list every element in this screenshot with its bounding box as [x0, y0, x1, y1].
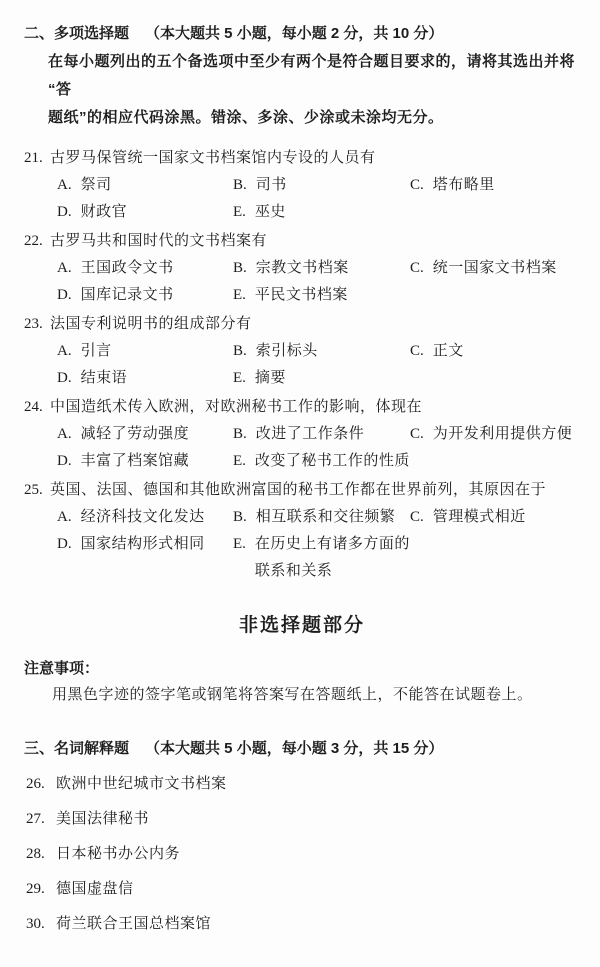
option-e: E.平民文书档案: [233, 282, 410, 309]
option-text: 统一国家文书档案: [433, 255, 557, 282]
option-text: 塔布略里: [433, 172, 495, 199]
term-item-28: 28. 日本秘书办公内务: [24, 841, 580, 868]
option-d: D.国库记录文书: [57, 282, 233, 309]
option-text: 结束语: [81, 365, 128, 392]
question-text: 英国、法国、德国和其他欧洲富国的秘书工作都在世界前列，其原因在于: [50, 477, 580, 504]
option-text: 国家结构形式相同: [81, 531, 205, 585]
option-row: A.经济科技文化发达 B.相互联系和交往频繁 C.管理模式相近: [24, 504, 580, 531]
section2-header: 二、多项选择题 （本大题共 5 小题，每小题 2 分，共 10 分）: [24, 20, 580, 48]
term-text: 荷兰联合王国总档案馆: [56, 911, 211, 938]
option-label: A.: [57, 255, 72, 282]
term-text: 德国虚盘信: [56, 876, 134, 903]
option-label: C.: [410, 338, 424, 365]
exam-page: 二、多项选择题 （本大题共 5 小题，每小题 2 分，共 10 分） 在每小题列…: [0, 0, 600, 967]
option-text: 丰富了档案馆藏: [81, 448, 190, 475]
question-21: 21. 古罗马保管统一国家文书档案馆内专设的人员有 A.祭司 B.司书 C.塔布…: [24, 145, 580, 226]
option-label: A.: [57, 172, 72, 199]
term-item-27: 27. 美国法律秘书: [24, 806, 580, 833]
section3-header: 三、名词解释题 （本大题共 5 小题，每小题 3 分，共 15 分）: [24, 735, 580, 763]
option-d: D.丰富了档案馆藏: [57, 448, 233, 475]
option-text: 减轻了劳动强度: [81, 421, 190, 448]
option-e: E.摘要: [233, 365, 410, 392]
option-text: 为开发利用提供方便: [433, 421, 573, 448]
section2-meta: （本大题共 5 小题，每小题 2 分，共 10 分）: [145, 20, 443, 48]
option-text: 引言: [81, 338, 112, 365]
question-number: 25.: [24, 477, 50, 504]
option-a: A.经济科技文化发达: [57, 504, 233, 531]
option-row: D.国家结构形式相同 E.在历史上有诸多方面的联系和关系: [24, 531, 580, 585]
question-23: 23. 法国专利说明书的组成部分有 A.引言 B.索引标头 C.正文 D.结束语…: [24, 311, 580, 392]
term-number: 29.: [26, 876, 56, 903]
option-text: 索引标头: [256, 338, 318, 365]
option-row: D.丰富了档案馆藏 E.改变了秘书工作的性质: [24, 448, 580, 475]
option-label: D.: [57, 365, 72, 392]
section2-instruction-line1: 在每小题列出的五个备选项中至少有两个是符合题目要求的，请将其选出并将“答: [48, 48, 580, 104]
option-text: 宗教文书档案: [256, 255, 349, 282]
option-a: A.减轻了劳动强度: [57, 421, 233, 448]
option-d: D.国家结构形式相同: [57, 531, 233, 585]
option-label: B.: [233, 338, 247, 365]
option-text: 改进了工作条件: [256, 421, 365, 448]
term-text: 欧洲中世纪城市文书档案: [56, 771, 227, 798]
term-number: 26.: [26, 771, 56, 798]
option-b: B.司书: [233, 172, 410, 199]
option-label: E.: [233, 448, 246, 475]
term-item-26: 26. 欧洲中世纪城市文书档案: [24, 771, 580, 798]
option-label: E.: [233, 531, 246, 585]
option-row: A.祭司 B.司书 C.塔布略里: [24, 172, 580, 199]
option-label: E.: [233, 365, 246, 392]
option-text: 经济科技文化发达: [81, 504, 205, 531]
option-label: C.: [410, 421, 424, 448]
question-22: 22. 古罗马共和国时代的文书档案有 A.王国政令文书 B.宗教文书档案 C.统…: [24, 228, 580, 309]
option-label: D.: [57, 448, 72, 475]
option-label: D.: [57, 282, 72, 309]
option-row: A.王国政令文书 B.宗教文书档案 C.统一国家文书档案: [24, 255, 580, 282]
option-c: C.统一国家文书档案: [410, 255, 580, 282]
option-text: 平民文书档案: [255, 282, 348, 309]
question-text: 古罗马保管统一国家文书档案馆内专设的人员有: [50, 145, 580, 172]
option-d: D.财政官: [57, 199, 233, 226]
question-number: 23.: [24, 311, 50, 338]
option-label: A.: [57, 421, 72, 448]
option-text: 管理模式相近: [433, 504, 526, 531]
option-text: 在历史上有诸多方面的联系和关系: [255, 531, 410, 585]
option-e: E.改变了秘书工作的性质: [233, 448, 410, 475]
question-text: 中国造纸术传入欧洲，对欧洲秘书工作的影响，体现在: [50, 394, 580, 421]
section2-heading: 二、多项选择题: [24, 20, 129, 48]
option-label: E.: [233, 282, 246, 309]
section3-heading: 三、名词解释题: [24, 735, 129, 763]
term-text: 美国法律秘书: [56, 806, 149, 833]
question-24: 24. 中国造纸术传入欧洲，对欧洲秘书工作的影响，体现在 A.减轻了劳动强度 B…: [24, 394, 580, 475]
section3-meta: （本大题共 5 小题，每小题 3 分，共 15 分）: [145, 735, 443, 763]
question-text: 法国专利说明书的组成部分有: [50, 311, 580, 338]
option-text: 巫史: [255, 199, 286, 226]
question-number: 22.: [24, 228, 50, 255]
option-c: C.正文: [410, 338, 580, 365]
option-a: A.祭司: [57, 172, 233, 199]
option-c: C.管理模式相近: [410, 504, 580, 531]
option-label: C.: [410, 172, 424, 199]
option-label: A.: [57, 338, 72, 365]
option-c: C.为开发利用提供方便: [410, 421, 580, 448]
section2-instruction-line2: 题纸”的相应代码涂黑。错涂、多涂、少涂或未涂均无分。: [48, 104, 580, 132]
option-row: D.国库记录文书 E.平民文书档案: [24, 282, 580, 309]
option-b: B.改进了工作条件: [233, 421, 410, 448]
option-row: D.结束语 E.摘要: [24, 365, 580, 392]
option-text: 正文: [433, 338, 464, 365]
option-text: 改变了秘书工作的性质: [255, 448, 410, 475]
option-a: A.王国政令文书: [57, 255, 233, 282]
term-item-30: 30. 荷兰联合王国总档案馆: [24, 911, 580, 938]
term-text: 日本秘书办公内务: [56, 841, 180, 868]
option-c: C.塔布略里: [410, 172, 580, 199]
option-label: C.: [410, 504, 424, 531]
term-number: 28.: [26, 841, 56, 868]
option-text: 摘要: [255, 365, 286, 392]
option-b: B.宗教文书档案: [233, 255, 410, 282]
term-number: 30.: [26, 911, 56, 938]
option-label: B.: [233, 421, 247, 448]
option-label: D.: [57, 199, 72, 226]
option-label: B.: [233, 504, 247, 531]
option-row: A.减轻了劳动强度 B.改进了工作条件 C.为开发利用提供方便: [24, 421, 580, 448]
question-number: 21.: [24, 145, 50, 172]
notice-text: 用黑色字迹的签字笔或钢笔将答案写在答题纸上，不能答在试题卷上。: [52, 682, 580, 709]
option-label: E.: [233, 199, 246, 226]
option-b: B.相互联系和交往频繁: [233, 504, 410, 531]
option-e: E.巫史: [233, 199, 410, 226]
option-text: 国库记录文书: [81, 282, 174, 309]
notice-heading: 注意事项：: [24, 655, 580, 682]
option-d: D.结束语: [57, 365, 233, 392]
option-label: C.: [410, 255, 424, 282]
option-e: E.在历史上有诸多方面的联系和关系: [233, 531, 410, 585]
question-text: 古罗马共和国时代的文书档案有: [50, 228, 580, 255]
option-b: B.索引标头: [233, 338, 410, 365]
term-number: 27.: [26, 806, 56, 833]
option-label: B.: [233, 172, 247, 199]
option-text: 司书: [256, 172, 287, 199]
option-text: 祭司: [81, 172, 112, 199]
option-label: A.: [57, 504, 72, 531]
non-choice-section-title: 非选择题部分: [24, 611, 580, 641]
term-list: 26. 欧洲中世纪城市文书档案 27. 美国法律秘书 28. 日本秘书办公内务 …: [24, 771, 580, 938]
option-text: 相互联系和交往频繁: [256, 504, 396, 531]
option-text: 王国政令文书: [81, 255, 174, 282]
option-row: D.财政官 E.巫史: [24, 199, 580, 226]
option-text: 财政官: [81, 199, 128, 226]
question-number: 24.: [24, 394, 50, 421]
term-item-29: 29. 德国虚盘信: [24, 876, 580, 903]
option-label: D.: [57, 531, 72, 585]
option-label: B.: [233, 255, 247, 282]
question-25: 25. 英国、法国、德国和其他欧洲富国的秘书工作都在世界前列，其原因在于 A.经…: [24, 477, 580, 585]
option-row: A.引言 B.索引标头 C.正文: [24, 338, 580, 365]
option-a: A.引言: [57, 338, 233, 365]
question-list: 21. 古罗马保管统一国家文书档案馆内专设的人员有 A.祭司 B.司书 C.塔布…: [24, 145, 580, 585]
